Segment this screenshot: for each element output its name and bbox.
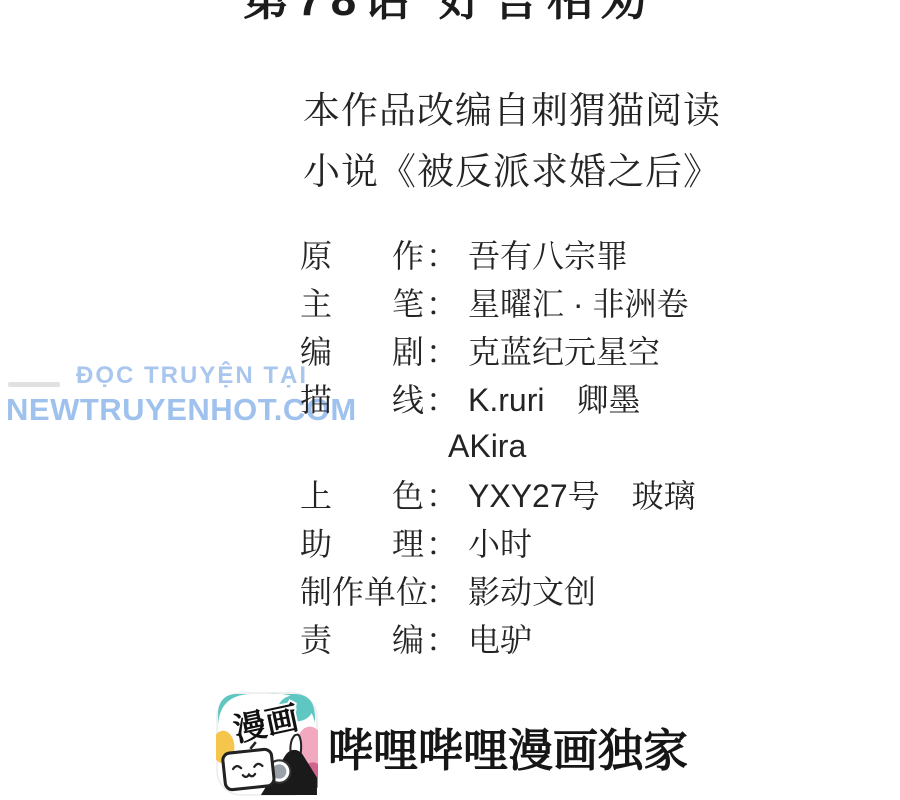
credit-colon: ：: [426, 327, 458, 373]
credit-value: 影动文创: [468, 567, 596, 613]
credit-row-coloring: 上色：YXY27号 玻璃: [300, 470, 696, 518]
bilibili-manga-logo: 漫画: [216, 692, 318, 796]
credit-value: 小时: [468, 519, 532, 565]
exclusive-banner-text: 哔哩哔哩漫画独家: [328, 714, 688, 779]
manga-credits-page: 第78话 好言相劝 ĐỌC TRUYỆN TẠI NEWTRUYENHOT.CO…: [0, 0, 900, 800]
credit-colon: ：: [426, 519, 458, 565]
adaptation-notice: 本作品改编自刺猬猫阅读 小说《被反派求婚之后》: [303, 80, 721, 202]
credit-colon: ：: [426, 375, 458, 421]
credit-value: 星曜汇 · 非洲卷: [468, 279, 688, 325]
credit-row-lineart: 描线：K.ruri 卿墨: [300, 374, 696, 422]
credit-label: 原作: [300, 231, 424, 277]
credit-value: 电驴: [468, 615, 532, 661]
credit-colon: ：: [426, 471, 458, 517]
credit-row-script: 编剧：克蓝纪元星空: [300, 326, 696, 374]
credit-label: 编剧: [300, 327, 424, 373]
credit-colon: ：: [426, 231, 458, 277]
credit-label: 上色: [300, 471, 424, 517]
credit-value: 克蓝纪元星空: [468, 327, 660, 373]
credit-value-continuation: AKira: [300, 422, 696, 470]
credit-row-original-work: 原作：吾有八宗罪: [300, 230, 696, 278]
credits-list: 原作：吾有八宗罪 主笔：星曜汇 · 非洲卷 编剧：克蓝纪元星空 描线：K.rur…: [300, 230, 696, 662]
credit-value: YXY27号 玻璃: [468, 471, 696, 517]
credit-label: 主笔: [300, 279, 424, 325]
credit-row-assistant: 助理：小时: [300, 518, 696, 566]
credit-value: 吾有八宗罪: [468, 231, 628, 277]
credit-label: 描线: [300, 375, 424, 421]
credit-colon: ：: [426, 615, 458, 661]
credit-colon: ：: [426, 567, 458, 613]
adaptation-line-1: 本作品改编自刺猬猫阅读: [303, 80, 721, 141]
credit-label: 助理: [300, 519, 424, 565]
chapter-title: 第78话 好言相劝: [243, 0, 655, 29]
adaptation-line-2: 小说《被反派求婚之后》: [303, 141, 721, 202]
credit-label: 责编: [300, 615, 424, 661]
credit-row-editor: 责编：电驴: [300, 614, 696, 662]
credit-row-production-unit: 制作单位：影动文创: [300, 566, 696, 614]
micro-watermark: [8, 382, 60, 387]
credit-row-lead-artist: 主笔：星曜汇 · 非洲卷: [300, 278, 696, 326]
credit-colon: ：: [426, 279, 458, 325]
watermark-line-1: ĐỌC TRUYỆN TẠI: [76, 362, 308, 390]
credit-label: 制作单位: [300, 567, 424, 613]
credit-value: K.ruri 卿墨: [468, 375, 640, 421]
